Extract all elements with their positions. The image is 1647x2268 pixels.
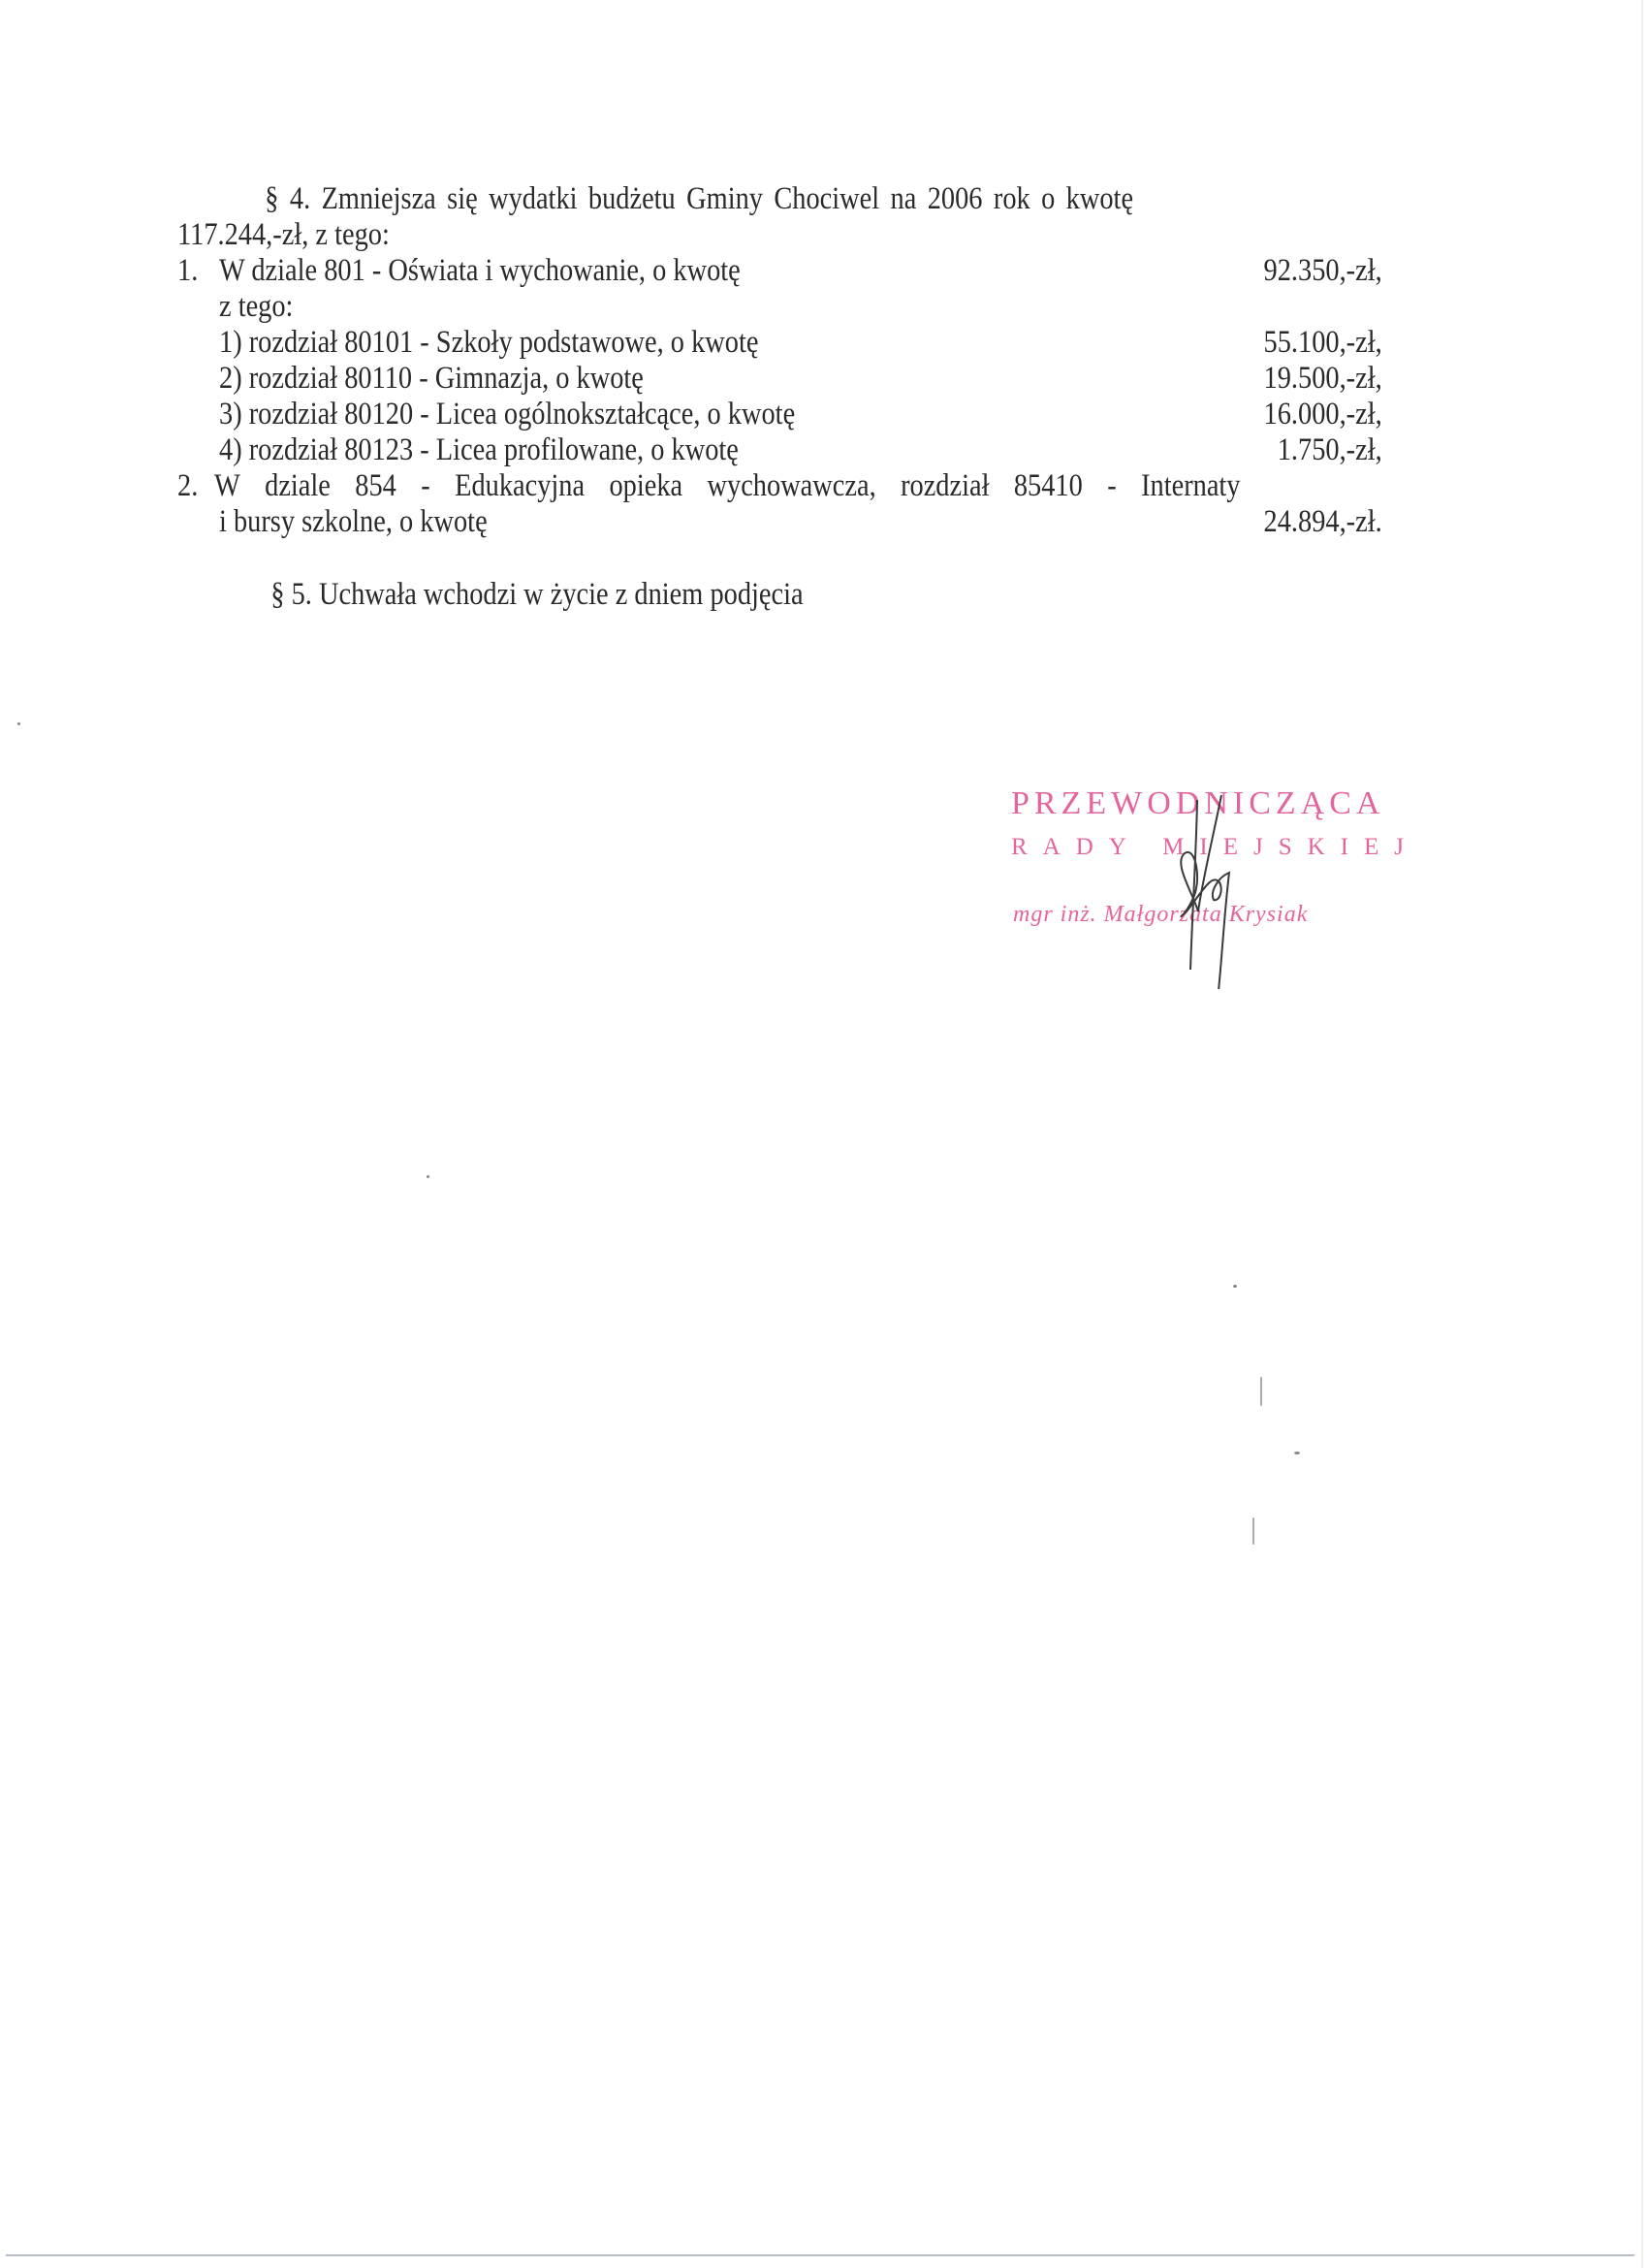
scanned-document-page: § 4. Zmniejsza się wydatki budżetu Gminy… [0, 0, 1647, 2268]
subitem-80110: 2) rozdział 80110 - Gimnazja, o kwotę 19… [177, 361, 1241, 397]
list-item-text: W dziale 801 - Oświata i wychowanie, o k… [219, 253, 741, 288]
subitem-text: 4) rozdział 80123 - Licea profilowane, o… [219, 432, 739, 467]
word: Edukacyjna [455, 468, 585, 504]
scan-right-edge [1641, 0, 1643, 2268]
word: - [421, 468, 429, 504]
scan-speck [1260, 1377, 1262, 1406]
scan-speck [427, 1175, 429, 1178]
word: rozdział [901, 468, 989, 504]
list-number: 2. [177, 468, 214, 504]
paragraph-4-total: 117.244,-zł, z tego: [177, 217, 1241, 253]
paragraph-4-heading: § 4. Zmniejsza się wydatki budżetu Gminy… [177, 181, 1241, 217]
subitem-80120: 3) rozdział 80120 - Licea ogólnokształcą… [177, 397, 1241, 432]
paragraph-5: § 5. Uchwała wchodzi w życie z dniem pod… [177, 577, 1241, 613]
scan-speck [1233, 1285, 1237, 1288]
subitem-text: 2) rozdział 80110 - Gimnazja, o kwotę [219, 361, 644, 396]
word: opieka [609, 468, 682, 504]
list-item-801: 1.W dziale 801 - Oświata i wychowanie, o… [177, 253, 1241, 289]
amount: 92.350,-zł, [1264, 253, 1382, 289]
list-item-854-line2: i bursy szkolne, o kwotę 24.894,-zł. [177, 504, 1241, 540]
word: dziale [265, 468, 331, 504]
resolution-text: § 4. Zmniejsza się wydatki budżetu Gminy… [177, 181, 1241, 613]
list-number: 1. [177, 253, 219, 289]
paragraph-5-text: § 5. Uchwała wchodzi w życie z dniem pod… [270, 577, 803, 612]
word: W [214, 468, 240, 504]
list-item-801-subintro: z tego: [177, 289, 1241, 325]
amount: 24.894,-zł. [1264, 504, 1382, 540]
amount: 19.500,-zł, [1264, 361, 1382, 397]
scan-speck [1294, 1452, 1300, 1454]
list-item-854: 2. W dziale 854 - Edukacyjna opieka wych… [177, 468, 1241, 504]
sub-intro: z tego: [219, 289, 293, 324]
word: 854 [355, 468, 396, 504]
subitem-text: 3) rozdział 80120 - Licea ogólnokształcą… [219, 397, 795, 431]
list-item-text-justified: W dziale 854 - Edukacyjna opieka wychowa… [214, 468, 1241, 504]
spacer [177, 540, 1241, 577]
handwritten-signature-icon [1163, 776, 1280, 989]
amount: 16.000,-zł, [1264, 397, 1382, 432]
scan-speck [1252, 1517, 1254, 1545]
amount: 55.100,-zł, [1264, 325, 1382, 361]
word: - [1107, 468, 1116, 504]
scan-bottom-edge [6, 2254, 1634, 2256]
paragraph-4-intro-line2: 117.244,-zł, z tego: [177, 217, 390, 252]
word: 85410 [1014, 468, 1083, 504]
subitem-text: 1) rozdział 80101 - Szkoły podstawowe, o… [219, 325, 758, 360]
scan-speck [17, 722, 20, 725]
amount: 1.750,-zł, [1278, 432, 1382, 468]
word: Internaty [1141, 468, 1240, 504]
list-item-text: i bursy szkolne, o kwotę [219, 504, 488, 539]
subitem-80101: 1) rozdział 80101 - Szkoły podstawowe, o… [177, 325, 1241, 361]
subitem-80123: 4) rozdział 80123 - Licea profilowane, o… [177, 432, 1241, 468]
paragraph-4-intro-line1: § 4. Zmniejsza się wydatki budżetu Gminy… [265, 181, 1133, 216]
word: wychowawcza, [708, 468, 876, 504]
